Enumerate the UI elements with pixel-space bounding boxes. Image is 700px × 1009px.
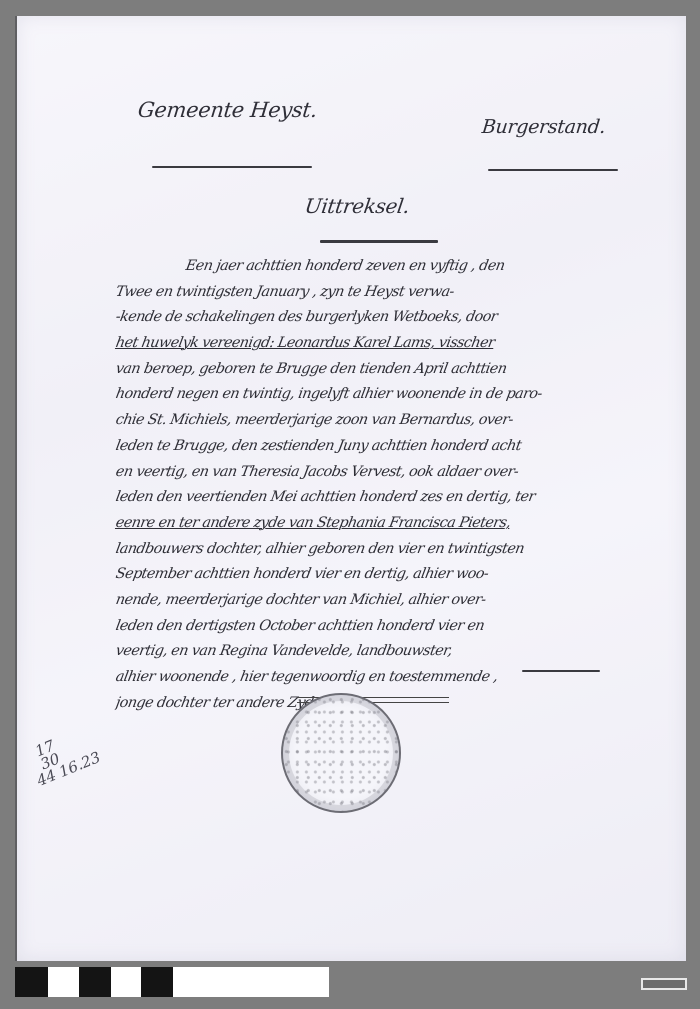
- calibration-black-3: [141, 967, 173, 997]
- header-left-underline: [152, 166, 312, 168]
- closing-rule: [522, 670, 600, 672]
- body-line: chie St. Michiels, meerderjarige zoon va…: [113, 412, 598, 438]
- title-underline: [320, 240, 438, 243]
- body-line: Twee en twintigsten January , zyn te Hey…: [113, 284, 598, 310]
- body-line: September achttien honderd vier en derti…: [113, 566, 598, 592]
- header-civil-registry: Burgerstand.: [481, 116, 607, 138]
- body-line: en veertig, en van Theresia Jacobs Verve…: [113, 464, 598, 490]
- header-municipality: Gemeente Heyst.: [137, 98, 319, 122]
- document-body: Een jaer achttien honderd zeven en vyfti…: [115, 258, 595, 720]
- color-calibration-bar: [15, 967, 329, 997]
- body-line: leden den veertienden Mei achttien honde…: [113, 489, 598, 515]
- calibration-white-1: [48, 967, 79, 997]
- body-line-groom: het huwelyk vereenigd: Leonardus Karel L…: [113, 335, 598, 361]
- calibration-black-2: [79, 967, 111, 997]
- seal-stamp: [281, 693, 401, 813]
- body-line: -kende de schakelingen des burgerlyken W…: [113, 309, 598, 335]
- calibration-white-2: [111, 967, 141, 997]
- body-line: alhier woonende , hier tegenwoordig en t…: [113, 669, 598, 695]
- body-line-bride: eenre en ter andere zyde van Stephania F…: [113, 515, 598, 541]
- header-right-underline: [488, 169, 618, 171]
- calibration-black-1: [15, 967, 48, 997]
- document-title: Uittreksel.: [303, 194, 411, 218]
- body-line: honderd negen en twintig, ingelyft alhie…: [113, 386, 598, 412]
- body-line: landbouwers dochter, alhier geboren den …: [113, 541, 598, 567]
- body-line: leden te Brugge, den zestienden Juny ach…: [113, 438, 598, 464]
- body-line: Een jaer achttien honderd zeven en vyfti…: [113, 258, 598, 284]
- body-line: veertig, en van Regina Vandevelde, landb…: [113, 643, 598, 669]
- body-line: leden den dertigsten October achttien ho…: [113, 618, 598, 644]
- calibration-white-3: [173, 967, 329, 997]
- body-line: van beroep, geboren te Brugge den tiende…: [113, 361, 598, 387]
- archive-tag: [641, 978, 687, 990]
- body-line: nende, meerderjarige dochter van Michiel…: [113, 592, 598, 618]
